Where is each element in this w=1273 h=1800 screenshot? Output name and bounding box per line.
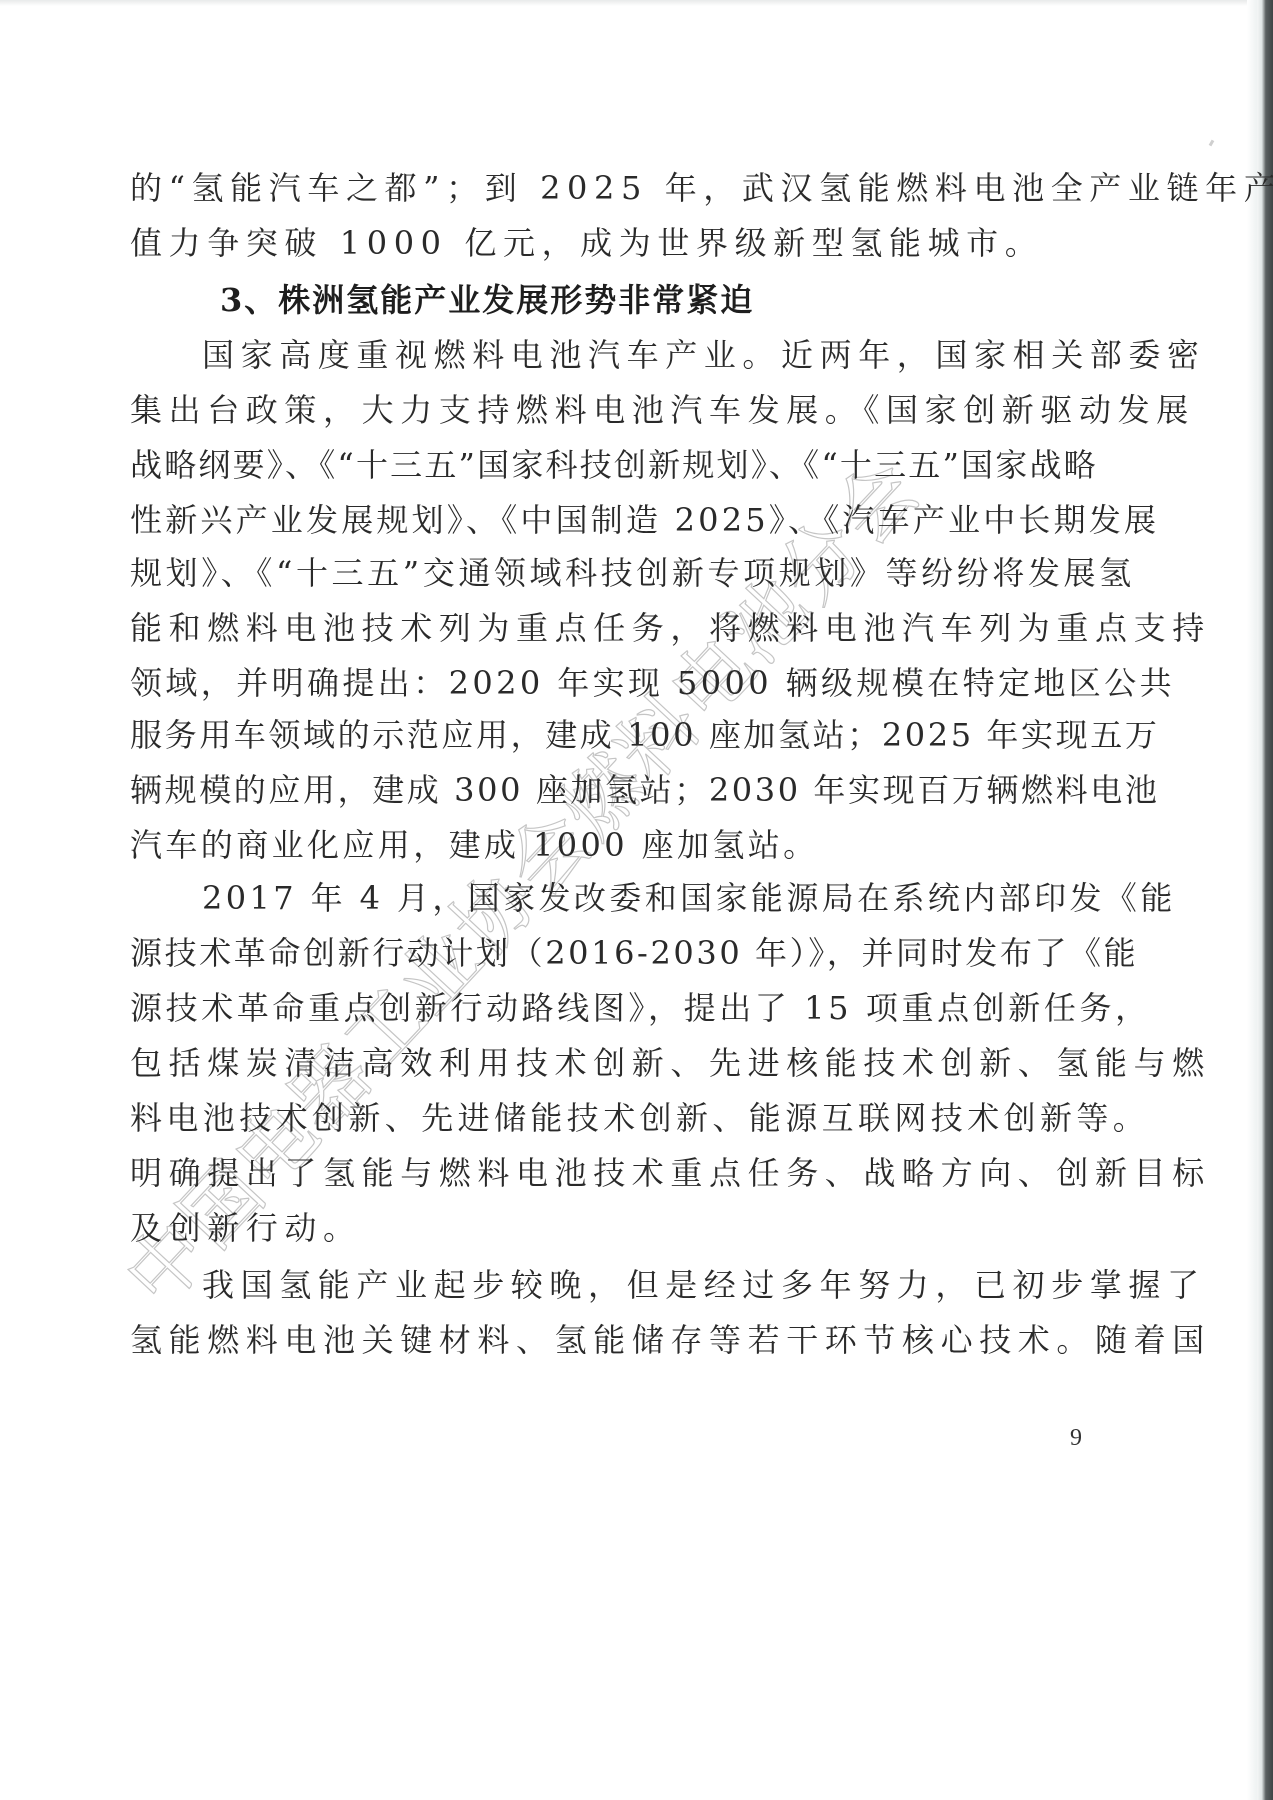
paragraph-line: 规划》、《“十三五”交通领域科技创新专项规划》等纷纷将发展氢 xyxy=(130,553,1120,593)
scan-right-edge xyxy=(1257,0,1273,1800)
paragraph-line: 辆规模的应用，建成 300 座加氢站；2030 年实现百万辆燃料电池 xyxy=(130,770,1120,810)
paragraph-line: 源技术革命重点创新行动路线图》，提出了 15 项重点创新任务， xyxy=(130,988,1120,1028)
paragraph-line: 源技术革命创新行动计划（2016-2030 年）》，并同时发布了《能 xyxy=(130,933,1120,973)
text-line: 的“氢能汽车之都”；到 2025 年，武汉氢能燃料电池全产业链年产 xyxy=(130,168,1120,208)
scan-edge-highlight xyxy=(1247,0,1257,1800)
paragraph-line: 集出台政策，大力支持燃料电池汽车发展。《国家创新驱动发展 xyxy=(130,390,1120,430)
paragraph-line: 氢能燃料电池关键材料、氢能储存等若干环节核心技术。随着国 xyxy=(130,1320,1120,1360)
paragraph-line: 战略纲要》、《“十三五”国家科技创新规划》、《“十三五”国家战略 xyxy=(130,445,1120,485)
paragraph-line: 性新兴产业发展规划》、《中国制造 2025》、《汽车产业中长期发展 xyxy=(130,500,1120,540)
paragraph-line: 料电池技术创新、先进储能技术创新、能源互联网技术创新等。 xyxy=(130,1098,1120,1138)
paragraph-line: 服务用车领域的示范应用，建成 100 座加氢站；2025 年实现五万 xyxy=(130,715,1120,755)
scan-top-shadow xyxy=(0,0,1273,6)
paragraph-line: 包括煤炭清洁高效利用技术创新、先进核能技术创新、氢能与燃 xyxy=(130,1043,1120,1083)
scan-speck xyxy=(1209,140,1215,147)
paragraph-line: 汽车的商业化应用，建成 1000 座加氢站。 xyxy=(130,825,1120,865)
paragraph-line: 2017 年 4 月，国家发改委和国家能源局在系统内部印发《能 xyxy=(202,878,1120,918)
page-number: 9 xyxy=(1070,1425,1082,1452)
section-heading: 3、株洲氢能产业发展形势非常紧迫 xyxy=(220,280,1210,320)
text-line: 值力争突破 1000 亿元，成为世界级新型氢能城市。 xyxy=(130,223,1120,263)
paragraph-line: 领域，并明确提出：2020 年实现 5000 辆级规模在特定地区公共 xyxy=(130,663,1120,703)
paragraph-line: 及创新行动。 xyxy=(130,1208,1120,1248)
paragraph-line: 国家高度重视燃料电池汽车产业。近两年，国家相关部委密 xyxy=(202,335,1120,375)
paragraph-line: 我国氢能产业起步较晚，但是经过多年努力，已初步掌握了 xyxy=(202,1265,1120,1305)
paragraph-line: 能和燃料电池技术列为重点任务，将燃料电池汽车列为重点支持 xyxy=(130,608,1120,648)
scanned-document-page: 中国电器工业协会燃料电池分会 的“氢能汽车之都”；到 2025 年，武汉氢能燃料… xyxy=(0,0,1273,1800)
paragraph-line: 明确提出了氢能与燃料电池技术重点任务、战略方向、创新目标 xyxy=(130,1153,1120,1193)
